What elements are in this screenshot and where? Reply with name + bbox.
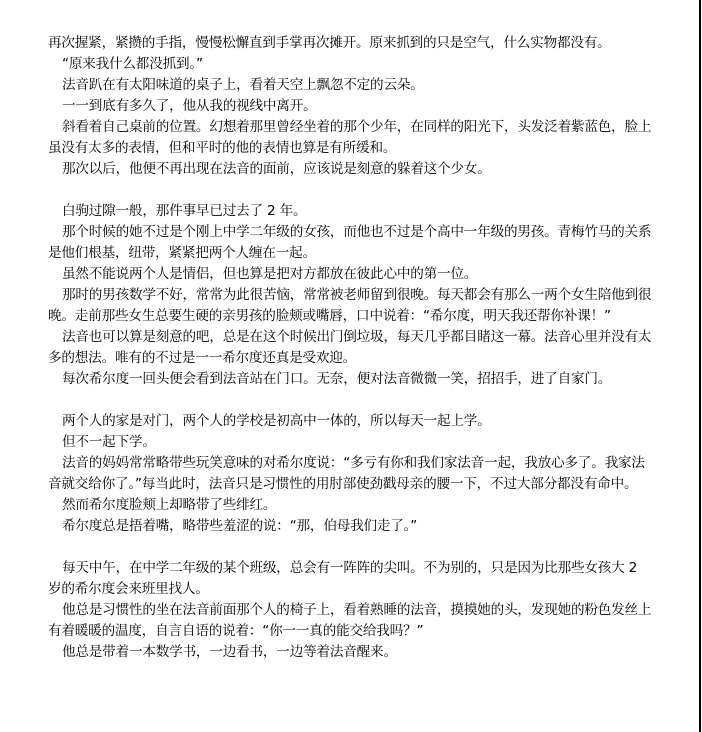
paragraph: 每天中午，在中学二年级的某个班级，总会有一阵阵的尖叫。不为别的，只是因为比那些女… — [48, 558, 654, 600]
paragraph: 白驹过隙一般，那件事早已过去了 2 年。 — [48, 201, 654, 222]
paragraph: 一一到底有多久了，他从我的视线中离开。 — [48, 96, 654, 117]
paragraph: 每次希尔度一回头便会看到法音站在门口。无奈，便对法音微微一笑，招招手，进了自家门… — [48, 369, 654, 390]
paragraph: 两个人的家是对门，两个人的学校是初高中一体的，所以每天一起上学。 — [48, 411, 654, 432]
paragraph: 再次握紧，紧攒的手指，慢慢松懈直到手掌再次摊开。原来抓到的只是空气，什么实物都没… — [48, 33, 654, 54]
document-body: 再次握紧，紧攒的手指，慢慢松懈直到手掌再次摊开。原来抓到的只是空气，什么实物都没… — [48, 33, 654, 663]
document-page: 再次握紧，紧攒的手指，慢慢松懈直到手掌再次摊开。原来抓到的只是空气，什么实物都没… — [0, 0, 702, 732]
paragraph: 然而希尔度脸颊上却略带了些绯红。 — [48, 495, 654, 516]
paragraph: 但不一起下学。 — [48, 432, 654, 453]
paragraph: 那时的男孩数学不好，常常为此很苦恼，常常被老师留到很晚。每天都会有那么一两个女生… — [48, 285, 654, 327]
paragraph: 法音趴在有太阳味道的桌子上，看着天空上飘忽不定的云朵。 — [48, 75, 654, 96]
paragraph: 斜看着自己桌前的位置。幻想着那里曾经坐着的那个少年，在同样的阳光下，头发泛着紫蓝… — [48, 117, 654, 159]
paragraph: 那个时候的她不过是个刚上中学二年级的女孩，而他也不过是个高中一年级的男孩。青梅竹… — [48, 222, 654, 264]
paragraph: 法音也可以算是刻意的吧，总是在这个时候出门倒垃圾，每天几乎都目睹这一幕。法音心里… — [48, 327, 654, 369]
paragraph: 希尔度总是捂着嘴，略带些羞涩的说：“那，伯母我们走了。” — [48, 516, 654, 537]
section-spacer — [48, 180, 654, 201]
paragraph: 他总是习惯性的坐在法音前面那个人的椅子上，看着熟睡的法音，摸摸她的头，发现她的粉… — [48, 600, 654, 642]
page-edge-divider — [699, 0, 701, 732]
paragraph: 他总是带着一本数学书，一边看书，一边等着法音醒来。 — [48, 642, 654, 663]
section-spacer — [48, 390, 654, 411]
paragraph: 虽然不能说两个人是情侣，但也算是把对方都放在彼此心中的第一位。 — [48, 264, 654, 285]
paragraph: 法音的妈妈常常略带些玩笑意味的对希尔度说：“多亏有你和我们家法音一起，我放心多了… — [48, 453, 654, 495]
section-spacer — [48, 537, 654, 558]
paragraph: 那次以后，他便不再出现在法音的面前，应该说是刻意的躲着这个少女。 — [48, 159, 654, 180]
paragraph: “原来我什么都没抓到。” — [48, 54, 654, 75]
